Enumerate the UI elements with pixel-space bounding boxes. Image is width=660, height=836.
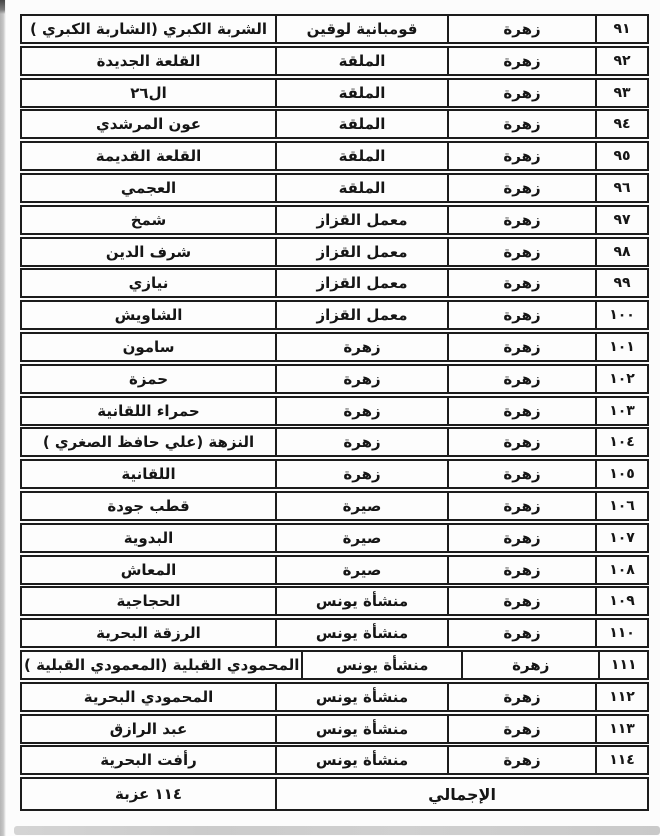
district-cell: زهرة (275, 334, 447, 360)
village-name-cell: العجمي (22, 175, 275, 201)
village-name-cell: النزهة (علي حافظ الصغري ) (22, 429, 275, 455)
table-row: ١٠٩زهرةمنشأة يونسالحجاجية (20, 586, 649, 616)
row-number-cell: ٩٥ (595, 143, 647, 169)
table-row: ١٠٧زهرةصيرةالبدوية (20, 523, 649, 553)
center-cell: زهرة (447, 588, 595, 614)
district-cell: الملقة (275, 111, 447, 137)
district-cell: منشأة يونس (301, 652, 461, 678)
center-cell: زهرة (447, 684, 595, 710)
center-cell: زهرة (447, 429, 595, 455)
center-cell: زهرة (447, 747, 595, 773)
total-value-cell: ١١٤ عزبة (22, 779, 275, 809)
village-name-cell: قطب جودة (22, 493, 275, 519)
district-cell: الملقة (275, 175, 447, 201)
district-cell: زهرة (275, 398, 447, 424)
village-name-cell: المحمودي البحرية (22, 684, 275, 710)
table-row: ١١٢زهرةمنشأة يونسالمحمودي البحرية (20, 682, 649, 712)
table-row: ١٠١زهرةزهرةسامون (20, 332, 649, 362)
district-cell: صيرة (275, 493, 447, 519)
center-cell: زهرة (447, 16, 595, 42)
village-name-cell: اللقانية (22, 461, 275, 487)
district-cell: الملقة (275, 48, 447, 74)
row-number-cell: ١٠٠ (595, 302, 647, 328)
district-cell: زهرة (275, 366, 447, 392)
village-name-cell: شمخ (22, 207, 275, 233)
table-row: ١١٤زهرةمنشأة يونسرأفت البحرية (20, 745, 649, 775)
center-cell: زهرة (447, 143, 595, 169)
center-cell: زهرة (447, 493, 595, 519)
district-cell: معمل القزاز (275, 239, 447, 265)
row-number-cell: ٩٣ (595, 80, 647, 106)
center-cell: زهرة (447, 207, 595, 233)
village-name-cell: ال٢٦ (22, 80, 275, 106)
table-row: ٩٨زهرةمعمل القزازشرف الدين (20, 237, 649, 267)
center-cell: زهرة (447, 557, 595, 583)
row-number-cell: ٩٦ (595, 175, 647, 201)
village-name-cell: الحجاجية (22, 588, 275, 614)
table-row: ٩٢زهرةالملقةالقلعة الجديدة (20, 46, 649, 76)
table-row: ١٠٦زهرةصيرةقطب جودة (20, 491, 649, 521)
villages-table: ٩١زهرةقومبانية لوقينالشربة الكبري (الشار… (20, 14, 649, 811)
row-number-cell: ٩٤ (595, 111, 647, 137)
row-number-cell: ١١١ (598, 652, 647, 678)
row-number-cell: ١١٤ (595, 747, 647, 773)
district-cell: منشأة يونس (275, 588, 447, 614)
row-number-cell: ٩٢ (595, 48, 647, 74)
center-cell: زهرة (447, 525, 595, 551)
row-number-cell: ٩٧ (595, 207, 647, 233)
table-row: ٩٣زهرةالملقةال٢٦ (20, 78, 649, 108)
table-row: ١٠٨زهرةصيرةالمعاش (20, 555, 649, 585)
center-cell: زهرة (447, 620, 595, 646)
village-name-cell: البدوية (22, 525, 275, 551)
row-number-cell: ٩٩ (595, 270, 647, 296)
district-cell: صيرة (275, 557, 447, 583)
table-row: ١٠٠زهرةمعمل القزازالشاويش (20, 300, 649, 330)
center-cell: زهرة (447, 48, 595, 74)
page-top-left-corner-shadow (0, 0, 5, 14)
table-row: ١١٠زهرةمنشأة يونسالرزقة البحرية (20, 618, 649, 648)
row-number-cell: ٩١ (595, 16, 647, 42)
village-name-cell: حمراء اللقانية (22, 398, 275, 424)
district-cell: منشأة يونس (275, 684, 447, 710)
village-name-cell: القلعة الجديدة (22, 48, 275, 74)
page-left-edge-shadow (0, 0, 6, 836)
village-name-cell: الرزقة البحرية (22, 620, 275, 646)
row-number-cell: ٩٨ (595, 239, 647, 265)
village-name-cell: المحمودي القبلية (المعمودي القبلية ) (22, 652, 301, 678)
center-cell: زهرة (447, 461, 595, 487)
row-number-cell: ١٠٣ (595, 398, 647, 424)
center-cell: زهرة (447, 716, 595, 742)
center-cell: زهرة (447, 366, 595, 392)
district-cell: الملقة (275, 143, 447, 169)
row-number-cell: ١٠١ (595, 334, 647, 360)
table-row: ١٠٥زهرةزهرةاللقانية (20, 459, 649, 489)
village-name-cell: حمزة (22, 366, 275, 392)
center-cell: زهرة (447, 111, 595, 137)
village-name-cell: الشربة الكبري (الشاربة الكبري ) (22, 16, 275, 42)
center-cell: زهرة (447, 239, 595, 265)
table-body: ٩١زهرةقومبانية لوقينالشربة الكبري (الشار… (20, 14, 649, 775)
table-row: ١٠٢زهرةزهرةحمزة (20, 364, 649, 394)
table-row: ١١١زهرةمنشأة يونسالمحمودي القبلية (المعم… (20, 650, 649, 680)
row-number-cell: ١٠٦ (595, 493, 647, 519)
row-number-cell: ١١٣ (595, 716, 647, 742)
district-cell: زهرة (275, 461, 447, 487)
village-name-cell: القلعة القديمة (22, 143, 275, 169)
scanned-page: ٩١زهرةقومبانية لوقينالشربة الكبري (الشار… (0, 0, 660, 836)
district-cell: منشأة يونس (275, 747, 447, 773)
table-row: ٩٩زهرةمعمل القزازنيازي (20, 268, 649, 298)
center-cell: زهرة (447, 334, 595, 360)
table-row: ١٠٣زهرةزهرةحمراء اللقانية (20, 396, 649, 426)
page-bottom-shadow (14, 826, 660, 835)
center-cell: زهرة (447, 270, 595, 296)
village-name-cell: المعاش (22, 557, 275, 583)
row-number-cell: ١١٢ (595, 684, 647, 710)
village-name-cell: رأفت البحرية (22, 747, 275, 773)
table-row: ٩٥زهرةالملقةالقلعة القديمة (20, 141, 649, 171)
table-row: ٩٧زهرةمعمل القزازشمخ (20, 205, 649, 235)
district-cell: منشأة يونس (275, 620, 447, 646)
row-number-cell: ١١٠ (595, 620, 647, 646)
district-cell: زهرة (275, 429, 447, 455)
row-number-cell: ١٠٧ (595, 525, 647, 551)
district-cell: معمل القزاز (275, 302, 447, 328)
table-row: ١٠٤زهرةزهرةالنزهة (علي حافظ الصغري ) (20, 427, 649, 457)
center-cell: زهرة (461, 652, 598, 678)
center-cell: زهرة (447, 175, 595, 201)
village-name-cell: عبد الرازق (22, 716, 275, 742)
center-cell: زهرة (447, 398, 595, 424)
row-number-cell: ١٠٥ (595, 461, 647, 487)
district-cell: الملقة (275, 80, 447, 106)
center-cell: زهرة (447, 80, 595, 106)
district-cell: معمل القزاز (275, 207, 447, 233)
district-cell: منشأة يونس (275, 716, 447, 742)
village-name-cell: سامون (22, 334, 275, 360)
village-name-cell: نيازي (22, 270, 275, 296)
row-number-cell: ١٠٤ (595, 429, 647, 455)
village-name-cell: عون المرشدي (22, 111, 275, 137)
row-number-cell: ١٠٢ (595, 366, 647, 392)
district-cell: قومبانية لوقين (275, 16, 447, 42)
village-name-cell: شرف الدين (22, 239, 275, 265)
table-row: ٩١زهرةقومبانية لوقينالشربة الكبري (الشار… (20, 14, 649, 44)
table-row: ١١٣زهرةمنشأة يونسعبد الرازق (20, 714, 649, 744)
district-cell: صيرة (275, 525, 447, 551)
row-number-cell: ١٠٨ (595, 557, 647, 583)
table-footer-row: الإجمالي ١١٤ عزبة (20, 777, 649, 811)
district-cell: معمل القزاز (275, 270, 447, 296)
table-row: ٩٦زهرةالملقةالعجمي (20, 173, 649, 203)
village-name-cell: الشاويش (22, 302, 275, 328)
row-number-cell: ١٠٩ (595, 588, 647, 614)
total-label-cell: الإجمالي (275, 779, 647, 809)
center-cell: زهرة (447, 302, 595, 328)
table-row: ٩٤زهرةالملقةعون المرشدي (20, 109, 649, 139)
